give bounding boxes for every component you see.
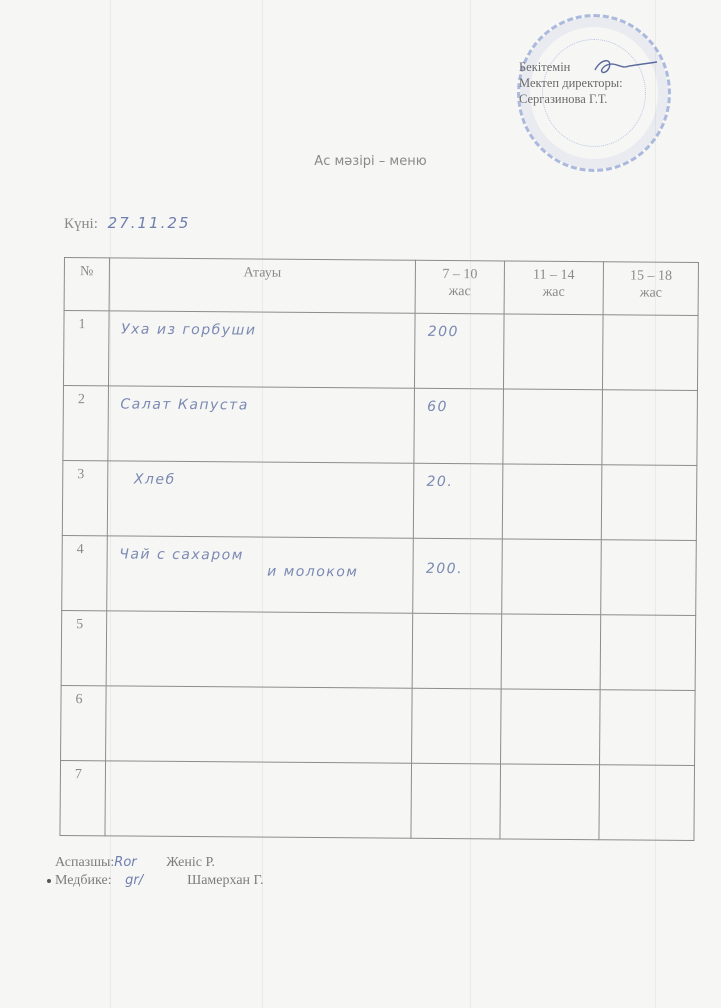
portion-7-10: 200. — [413, 538, 502, 614]
approval-line-3: Сергазинова Г.Т. — [519, 91, 623, 107]
nurse-signature-row: Медбике: gr/Шамерхан Г. — [55, 872, 264, 890]
row-num: 1 — [63, 311, 108, 386]
page-title: Ас мәзірі – меню — [0, 154, 721, 169]
cook-signature: Rоr — [114, 854, 166, 872]
row-num: 4 — [62, 535, 107, 610]
cook-signature-row: Аспазшы:RоrЖеніс Р. — [55, 854, 264, 872]
dish-name: Салат Капуста — [107, 386, 414, 463]
bullet-dot-icon — [47, 879, 51, 883]
portion-7-10: 20. — [414, 463, 503, 539]
row-num: 3 — [62, 460, 107, 535]
dish-name: Уха из горбуши — [108, 311, 415, 388]
date-value: 27.11.25 — [108, 214, 191, 232]
portion-7-10: 60 — [414, 388, 503, 464]
dish-name: Чай с сахароми молоком — [106, 536, 413, 613]
nurse-name: Шамерхан Г. — [187, 873, 263, 888]
table-row: 7 — [60, 760, 695, 840]
menu-table: № Атауы 7 – 10жас 11 – 14жас 15 – 18жас … — [59, 257, 699, 841]
table-row: 2 Салат Капуста 60 — [63, 385, 698, 465]
header-num: № — [64, 258, 109, 311]
portion-7-10 — [412, 688, 501, 764]
date-row: Күні: 27.11.25 — [64, 214, 190, 233]
portion-7-10 — [411, 763, 500, 839]
date-label: Күні: — [64, 216, 98, 232]
nurse-label: Медбике: — [55, 873, 112, 888]
row-num: 7 — [60, 760, 105, 835]
portion-15-18 — [603, 315, 698, 391]
portion-15-18 — [599, 765, 694, 841]
portion-15-18 — [602, 390, 697, 466]
row-num: 5 — [61, 610, 106, 685]
table-row: 4 Чай с сахароми молоком 200. — [62, 535, 697, 615]
portion-15-18 — [602, 465, 697, 541]
table-row: 3 Хлеб 20. — [62, 460, 697, 540]
table-row: 6 — [61, 685, 696, 765]
portion-11-14 — [503, 314, 603, 390]
row-num: 2 — [63, 385, 108, 460]
portion-7-10: 200 — [415, 313, 504, 389]
portion-11-14 — [501, 614, 601, 690]
portion-15-18 — [600, 690, 695, 766]
portion-15-18 — [601, 540, 696, 616]
header-age-15-18: 15 – 18жас — [603, 262, 698, 316]
portion-7-10 — [412, 613, 501, 689]
nurse-signature: gr/ — [115, 872, 187, 890]
dish-name — [105, 686, 412, 763]
scanned-page: Бекітемін Мектеп директоры: Сергазинова … — [0, 0, 721, 1008]
row-num: 6 — [61, 685, 106, 760]
portion-11-14 — [501, 539, 601, 615]
header-age-11-14: 11 – 14жас — [504, 261, 604, 315]
dish-name: Хлеб — [107, 461, 414, 538]
signatures-block: Аспазшы:RоrЖеніс Р. Медбике: gr/Шамерхан… — [55, 854, 264, 890]
portion-11-14 — [503, 389, 603, 465]
table-header-row: № Атауы 7 – 10жас 11 – 14жас 15 – 18жас — [64, 258, 698, 316]
table-row: 1 Уха из горбуши 200 — [63, 311, 698, 391]
dish-name — [106, 611, 413, 688]
director-signature-icon — [591, 56, 661, 78]
dish-name — [105, 761, 412, 838]
header-name: Атауы — [109, 258, 416, 313]
cook-label: Аспазшы: — [55, 855, 114, 870]
cook-name: Женіс Р. — [166, 855, 215, 870]
header-age-7-10: 7 – 10жас — [415, 260, 504, 314]
portion-11-14 — [502, 464, 602, 540]
portion-11-14 — [500, 764, 600, 840]
portion-15-18 — [600, 615, 695, 691]
portion-11-14 — [500, 689, 600, 765]
table-row: 5 — [61, 610, 696, 690]
